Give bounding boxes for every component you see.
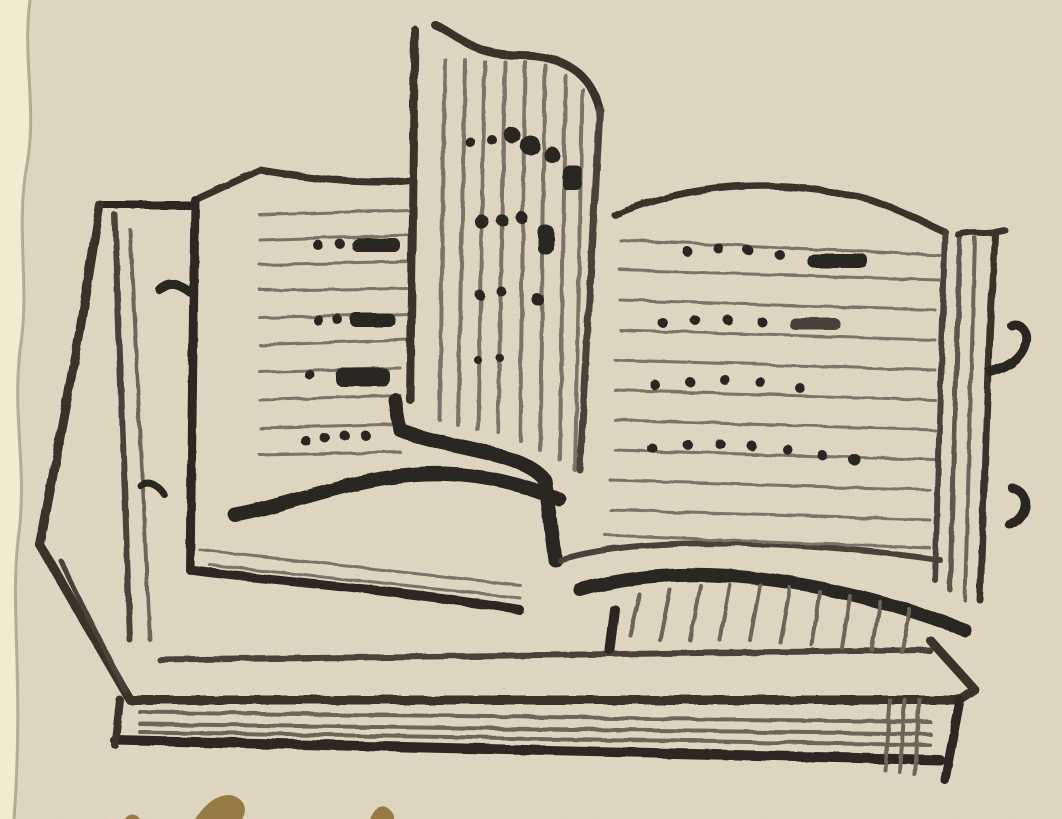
book-sketch-illustration	[0, 0, 1062, 819]
book-sketch-scene	[0, 0, 1062, 819]
